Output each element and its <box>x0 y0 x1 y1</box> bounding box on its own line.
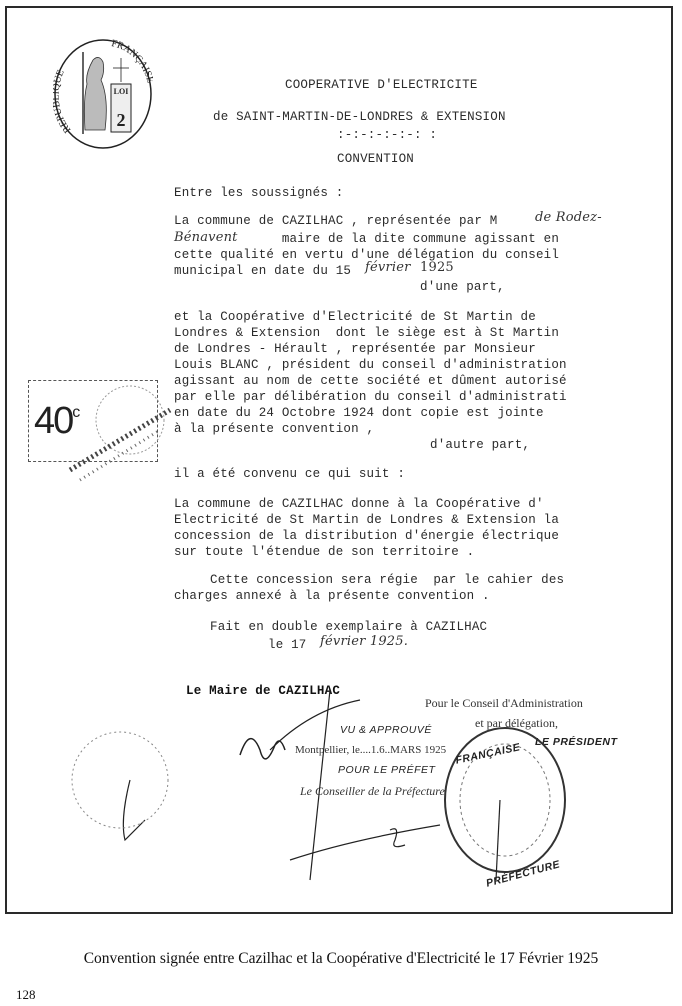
article1-line: La commune de CAZILHAC donne à la Coopér… <box>174 497 544 511</box>
party2-line: en date du 24 Octobre 1924 dont copie es… <box>174 406 544 420</box>
party2-line: et la Coopérative d'Electricité de St Ma… <box>174 310 536 324</box>
intro-text: Entre les soussignés : <box>174 186 343 200</box>
seal-text-left: REPUBLIQUE <box>53 68 73 135</box>
svg-text:FRANÇAISE: FRANÇAISE <box>110 38 153 84</box>
party2-line: agissant au nom de cette société et dûme… <box>174 374 567 388</box>
party2-closing: d'autre part, <box>430 438 530 452</box>
party1-closing: d'une part, <box>420 280 505 294</box>
figure-caption: Convention signée entre Cazilhac et la C… <box>0 950 682 968</box>
document-title: CONVENTION <box>337 152 414 166</box>
republic-seal-icon: REPUBLIQUE FRANÇAISE LOI 2 <box>53 38 153 150</box>
party1-handwritten-year: 1925 <box>420 260 454 275</box>
party2-line: de Londres - Hérault , représentée par M… <box>174 342 536 356</box>
party1-line: maire de la dite commune agissant en <box>174 232 559 246</box>
article1-line: concession de la distribution d'énergie … <box>174 529 559 543</box>
header-line1: COOPERATIVE D'ELECTRICITE <box>285 78 478 92</box>
svg-text:2: 2 <box>117 110 126 130</box>
party2-line: Louis BLANC , président du conseil d'adm… <box>174 358 567 372</box>
seal-tablet-label: LOI <box>114 87 129 96</box>
seal-text-right: FRANÇAISE <box>110 38 153 84</box>
party1-line: municipal en date du 15 <box>174 264 351 278</box>
article2-line: Cette concession sera régie par le cahie… <box>210 573 564 587</box>
party2-line: à la présente convention , <box>174 422 374 436</box>
party2-line: par elle par délibération du conseil d'a… <box>174 390 567 404</box>
header-separator: :-:-:-:-:-: : <box>337 128 437 142</box>
party1-handwritten-name: de Rodez- <box>535 210 602 225</box>
page-number: 128 <box>16 987 36 1003</box>
cancellation-mark-icon <box>60 370 180 490</box>
agreed-text: il a été convenu ce qui suit : <box>174 467 405 481</box>
header-line2: de SAINT-MARTIN-DE-LONDRES & EXTENSION <box>213 110 506 124</box>
article1-line: Electricité de St Martin de Londres & Ex… <box>174 513 559 527</box>
done-date-handwritten: février 1925. <box>320 634 408 649</box>
party1-line: La commune de CAZILHAC , représentée par… <box>174 214 497 228</box>
article2-line: charges annexé à la présente convention … <box>174 589 490 603</box>
done-date-prefix: le 17 <box>268 638 307 652</box>
party1-handwritten-date: février <box>365 260 411 275</box>
done-at-text: Fait en double exemplaire à CAZILHAC <box>210 620 487 634</box>
party2-line: Londres & Extension dont le siège est à … <box>174 326 559 340</box>
signatures-icon <box>60 680 660 910</box>
svg-text:REPUBLIQUE: REPUBLIQUE <box>53 68 73 135</box>
article1-line: sur toute l'étendue de son territoire . <box>174 545 474 559</box>
